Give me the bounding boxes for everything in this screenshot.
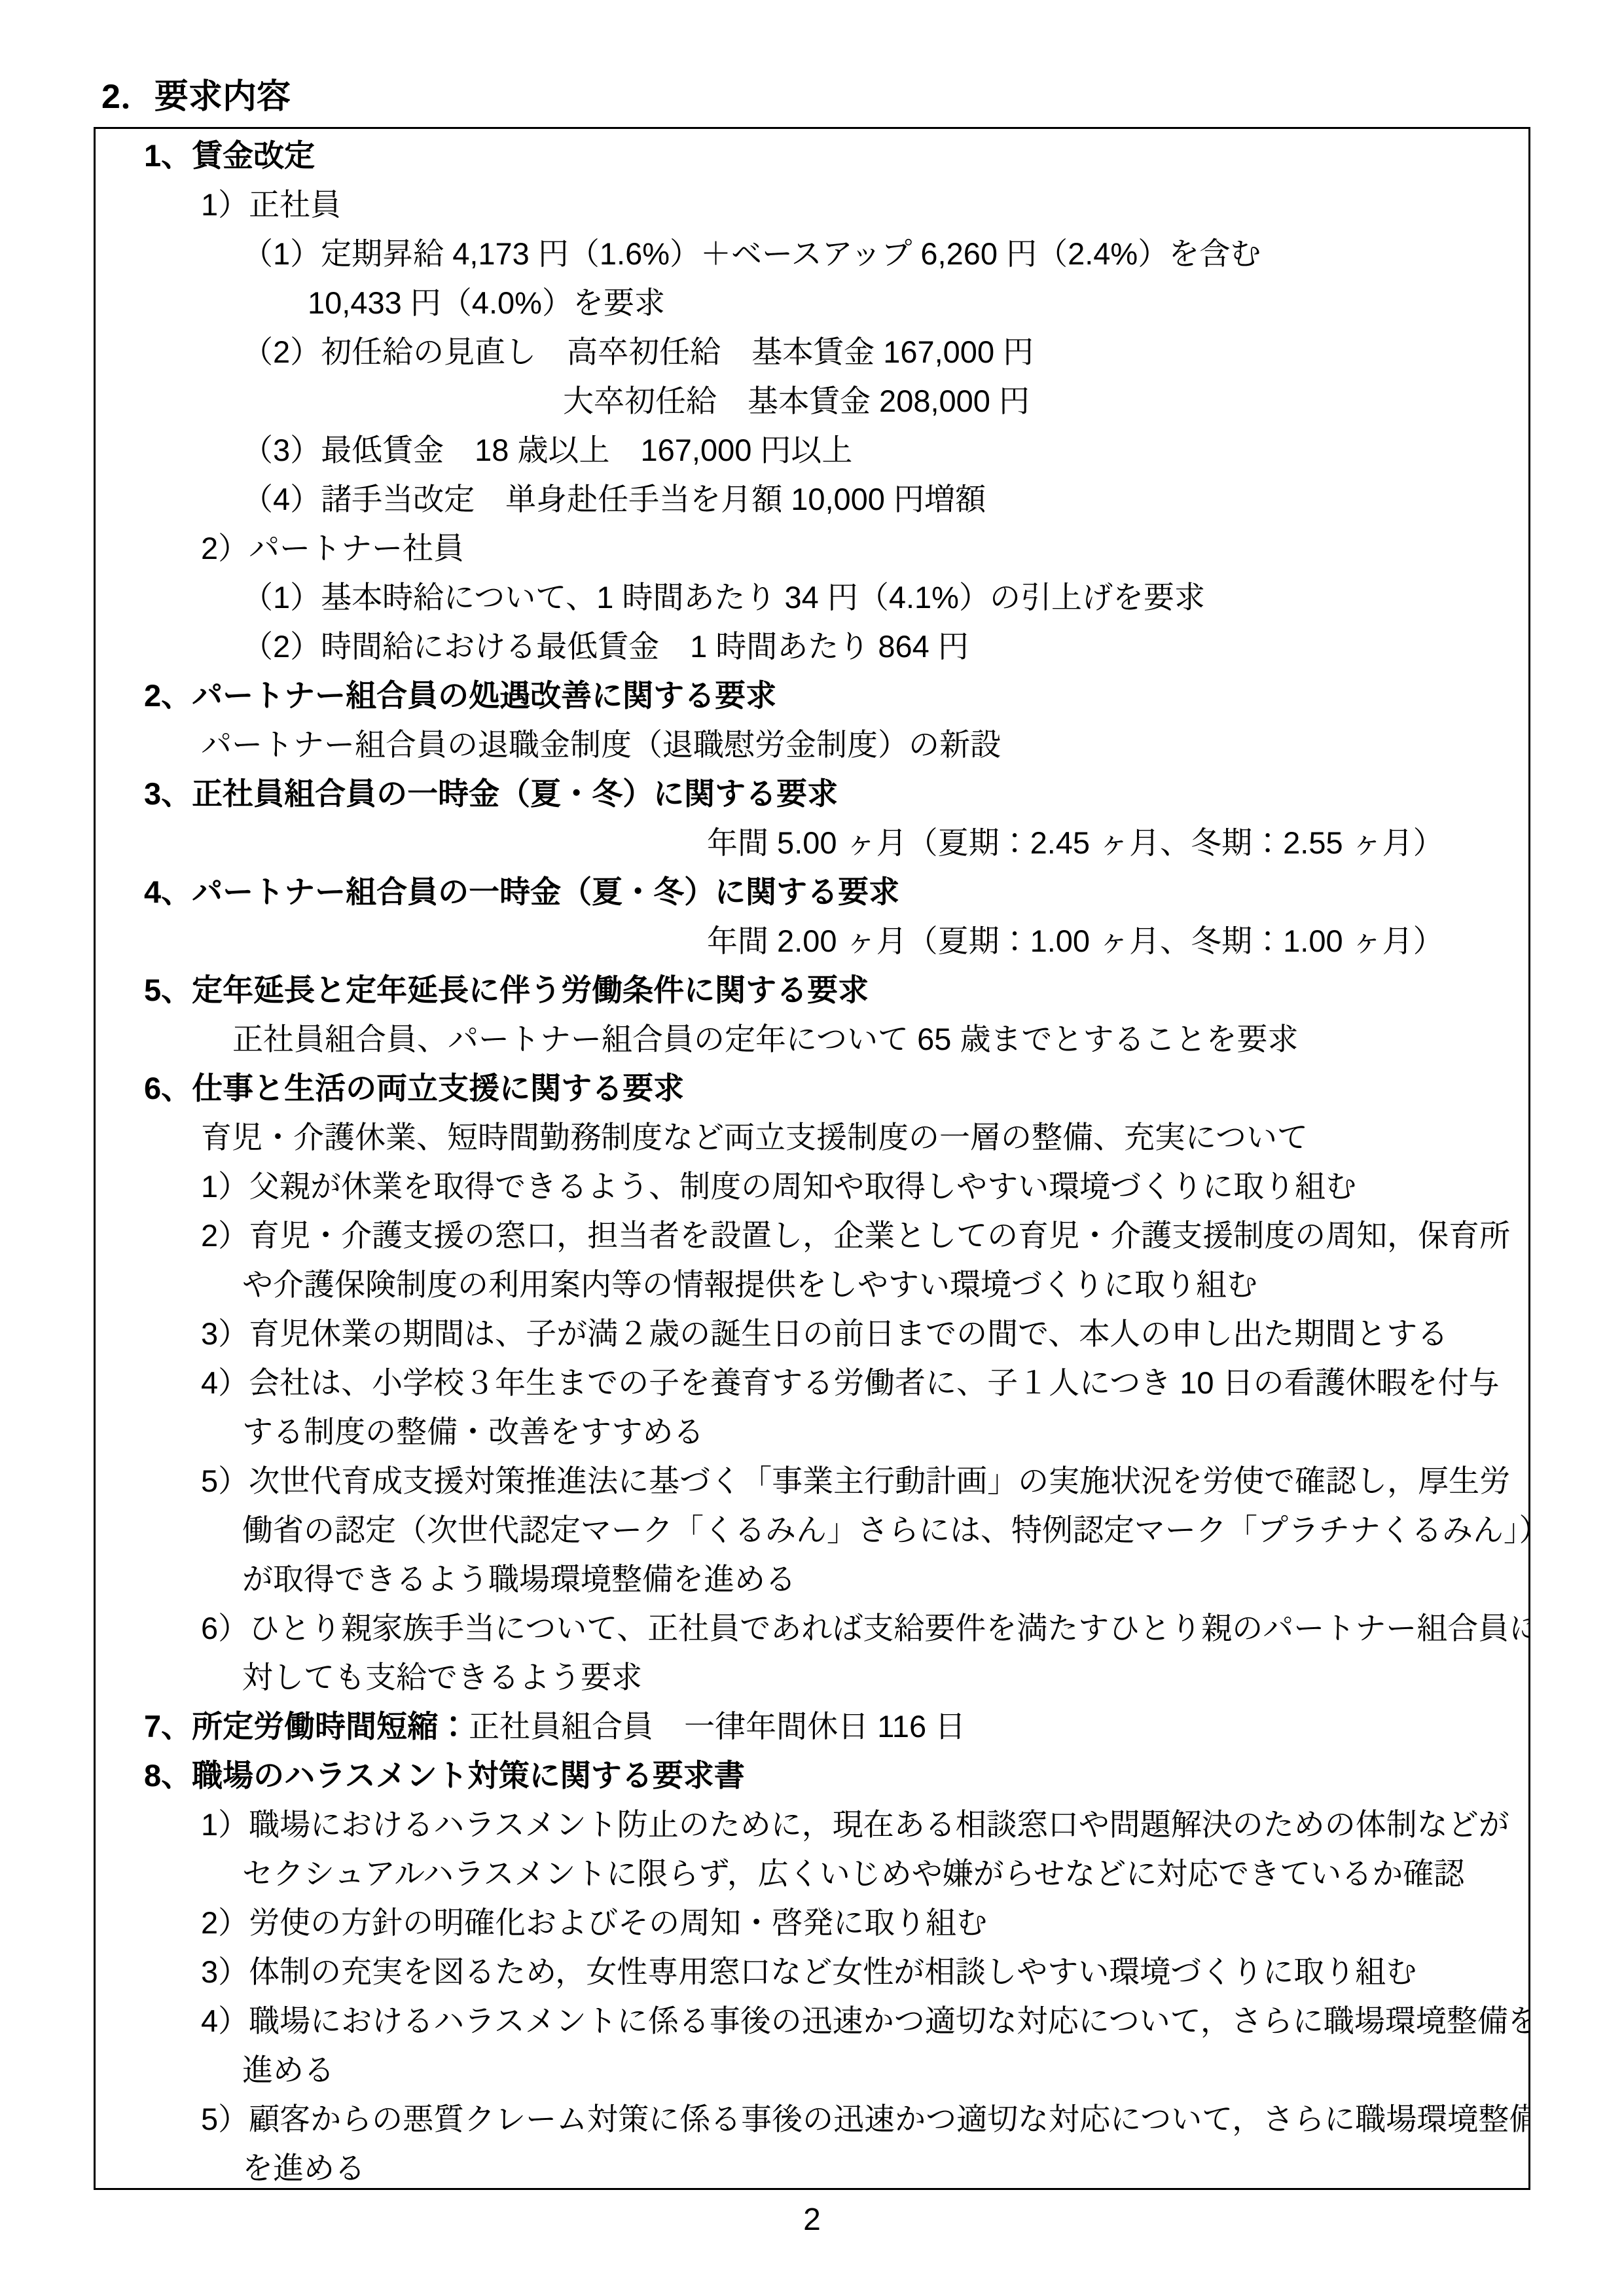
doc-line: （2）初任給の見直し 高卒初任給 基本賃金 167,000 円 [96,327,1528,376]
doc-line: （4）諸手当改定 単身赴任手当を月額 10,000 円増額 [96,475,1528,524]
doc-line: （2）時間給における最低賃金 1 時間あたり 864 円 [96,622,1528,671]
doc-line: 年間 2.00 ヶ月（夏期：1.00 ヶ月、冬期：1.00 ヶ月） [96,916,1528,965]
doc-line: 6）ひとり親家族手当について、正社員であれば支給要件を満たすひとり親のパートナー… [96,1604,1528,1653]
doc-line: 6、仕事と生活の両立支援に関する要求 [96,1064,1528,1113]
doc-line: や介護保険制度の利用案内等の情報提供をしやすい環境づくりに取り組む [96,1260,1528,1309]
doc-line: 育児・介護休業、短時間勤務制度など両立支援制度の一層の整備、充実について [96,1113,1528,1162]
doc-line: する制度の整備・改善をすすめる [96,1407,1528,1456]
doc-line: 3、正社員組合員の一時金（夏・冬）に関する要求 [96,769,1528,818]
doc-line: 2）パートナー社員 [96,524,1528,573]
doc-line: パートナー組合員の退職金制度（退職慰労金制度）の新設 [96,720,1528,769]
doc-line: 5）顧客からの悪質クレーム対策に係る事後の迅速かつ適切な対応について，さらに職場… [96,2094,1528,2144]
doc-line: 4、パートナー組合員の一時金（夏・冬）に関する要求 [96,867,1528,916]
doc-line: 1、賃金改定 [96,131,1528,180]
doc-line: 5、定年延長と定年延長に伴う労働条件に関する要求 [96,965,1528,1014]
doc-line: 3）育児休業の期間は、子が満２歳の誕生日の前日までの間で、本人の申し出た期間とす… [96,1309,1528,1358]
doc-line: （1）基本時給について、1 時間あたり 34 円（4.1%）の引上げを要求 [96,573,1528,622]
doc-line: 3）体制の充実を図るため，女性専用窓口など女性が相談しやすい環境づくりに取り組む [96,1947,1528,1996]
doc-line: セクシュアルハラスメントに限らず，広くいじめや嫌がらせなどに対応できているか確認 [96,1849,1528,1898]
doc-line: 1）父親が休業を取得できるよう、制度の周知や取得しやすい環境づくりに取り組む [96,1162,1528,1211]
doc-line: 進める [96,2045,1528,2094]
doc-line-value: 正社員組合員 一律年間休日 116 日 [469,1709,965,1744]
requirements-box: 1、賃金改定 1）正社員 （1）定期昇給 4,173 円（1.6%）＋ベースアッ… [94,127,1530,2190]
doc-line: （1）定期昇給 4,173 円（1.6%）＋ベースアップ 6,260 円（2.4… [96,229,1528,278]
doc-line: 対しても支給できるよう要求 [96,1653,1528,1702]
doc-line: 5）次世代育成支援対策推進法に基づく「事業主行動計画」の実施状況を労使で確認し，… [96,1456,1528,1505]
doc-line: （3）最低賃金 18 歳以上 167,000 円以上 [96,425,1528,475]
doc-line: 7、所定労働時間短縮：正社員組合員 一律年間休日 116 日 [96,1702,1528,1751]
doc-line: 1）職場におけるハラスメント防止のために，現在ある相談窓口や問題解決のための体制… [96,1800,1528,1849]
doc-line: 年間 5.00 ヶ月（夏期：2.45 ヶ月、冬期：2.55 ヶ月） [96,818,1528,867]
doc-line: を進める [96,2144,1528,2190]
doc-line-label: 7、所定労働時間短縮： [144,1709,469,1744]
doc-line: 2）育児・介護支援の窓口，担当者を設置し，企業としての育児・介護支援制度の周知，… [96,1211,1528,1260]
doc-line: 4）職場におけるハラスメントに係る事後の迅速かつ適切な対応について，さらに職場環… [96,1996,1528,2045]
doc-line: 4）会社は、小学校３年生までの子を養育する労働者に、子１人につき 10 日の看護… [96,1358,1528,1407]
page-number: 2 [0,2200,1624,2240]
doc-line: 正社員組合員、パートナー組合員の定年について 65 歳までとすることを要求 [96,1014,1528,1064]
page: 2．要求内容 1、賃金改定 1）正社員 （1）定期昇給 4,173 円（1.6%… [0,0,1624,2296]
doc-line: 働省の認定（次世代認定マーク「くるみん」さらには、特例認定マーク「プラチナくるみ… [96,1505,1528,1554]
doc-line: 2）労使の方針の明確化およびその周知・啓発に取り組む [96,1898,1528,1947]
doc-line: 8、職場のハラスメント対策に関する要求書 [96,1751,1528,1800]
doc-line: 2、パートナー組合員の処遇改善に関する要求 [96,671,1528,720]
doc-line: が取得できるよう職場環境整備を進める [96,1554,1528,1604]
doc-line: 大卒初任給 基本賃金 208,000 円 [96,376,1528,425]
section-heading: 2．要求内容 [101,77,291,117]
doc-line: 10,433 円（4.0%）を要求 [96,278,1528,327]
doc-line: 1）正社員 [96,180,1528,229]
